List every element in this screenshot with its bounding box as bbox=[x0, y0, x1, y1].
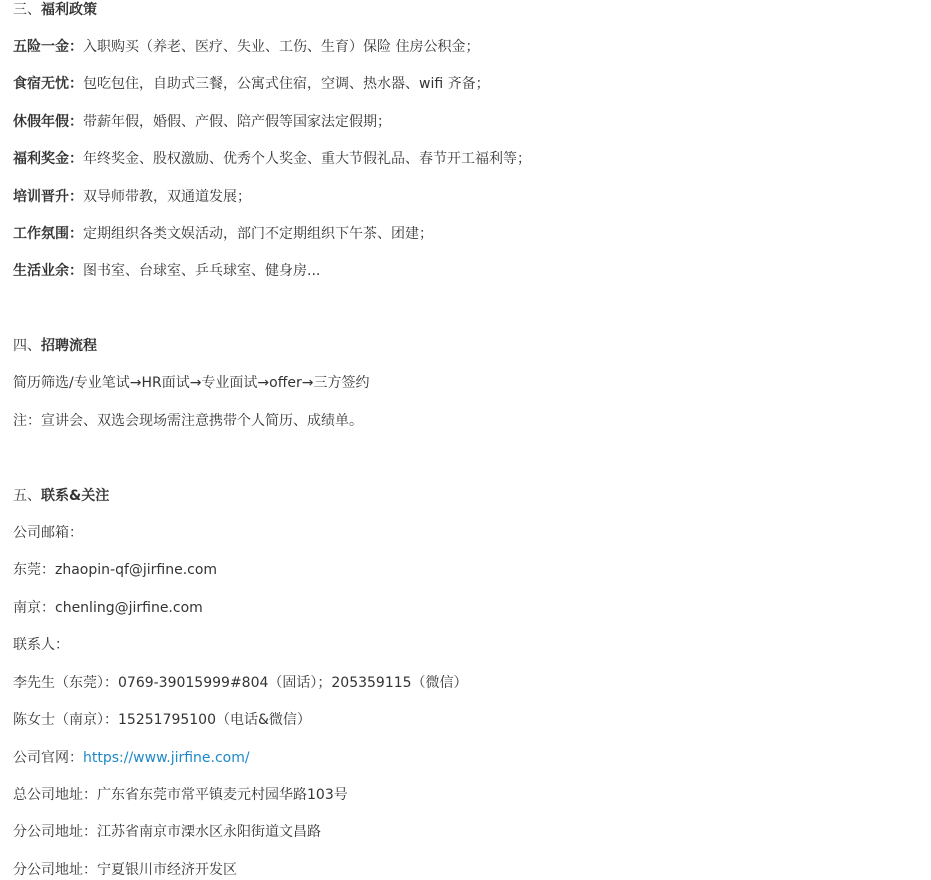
benefit-item: 五险一金：入职购买（养老、医疗、失业、工伤、生育）保险 住房公积金； bbox=[13, 37, 479, 57]
contact-person-li: 李先生（东莞）：0769-39015999#804（固话）；205359115（… bbox=[13, 673, 468, 693]
address-label: 分公司地址： bbox=[13, 824, 97, 840]
benefit-text: 定期组织各类文娱活动，部门不定期组织下午茶、团建； bbox=[83, 226, 433, 242]
address-value: 广东省东莞市常平镇麦元村园华路103号 bbox=[97, 787, 348, 803]
benefit-item: 生活业余：图书室、台球室、乒乓球室、健身房... bbox=[13, 261, 320, 281]
benefit-text: 双导师带教，双通道发展； bbox=[83, 189, 251, 205]
email-city: 东莞： bbox=[13, 562, 55, 578]
benefit-label: 五险一金： bbox=[13, 39, 83, 55]
benefit-label: 食宿无忧： bbox=[13, 76, 83, 92]
process-flow: 简历筛选/专业笔试→HR面试→专业面试→offer→三方签约 bbox=[13, 373, 369, 393]
heading-prefix: 五、 bbox=[13, 488, 41, 504]
heading-text: 福利政策 bbox=[41, 2, 97, 18]
benefit-item: 工作氛围：定期组织各类文娱活动，部门不定期组织下午茶、团建； bbox=[13, 224, 433, 244]
benefit-label: 休假年假： bbox=[13, 114, 83, 130]
email-address: zhaopin-qf@jirfine.com bbox=[55, 562, 217, 578]
section-heading-contact: 五、联系&关注 bbox=[13, 486, 109, 506]
email-city: 南京： bbox=[13, 600, 55, 616]
email-dongguan: 东莞：zhaopin-qf@jirfine.com bbox=[13, 560, 217, 580]
address-label: 分公司地址： bbox=[13, 862, 97, 878]
benefit-label: 工作氛围： bbox=[13, 226, 83, 242]
website-row: 公司官网：https://www.jirfine.com/ bbox=[13, 748, 250, 768]
heading-text: 联系&关注 bbox=[41, 488, 109, 504]
heading-prefix: 三、 bbox=[13, 2, 41, 18]
address-value: 宁夏银川市经济开发区 bbox=[97, 862, 237, 878]
benefit-text: 带薪年假，婚假、产假、陪产假等国家法定假期； bbox=[83, 114, 391, 130]
benefit-item: 福利奖金：年终奖金、股权激励、优秀个人奖金、重大节假礼品、春节开工福利等； bbox=[13, 149, 531, 169]
address-label: 总公司地址： bbox=[13, 787, 97, 803]
section-heading-process: 四、招聘流程 bbox=[13, 336, 97, 356]
benefit-text: 入职购买（养老、医疗、失业、工伤、生育）保险 住房公积金； bbox=[83, 39, 479, 55]
section-heading-benefits: 三、福利政策 bbox=[13, 0, 97, 20]
website-label: 公司官网： bbox=[13, 750, 83, 766]
heading-text: 招聘流程 bbox=[41, 338, 97, 354]
benefit-text: 图书室、台球室、乒乓球室、健身房... bbox=[83, 263, 320, 279]
benefit-label: 生活业余： bbox=[13, 263, 83, 279]
address-hq: 总公司地址：广东省东莞市常平镇麦元村园华路103号 bbox=[13, 785, 348, 805]
benefit-item: 培训晋升：双导师带教，双通道发展； bbox=[13, 187, 251, 207]
benefit-label: 培训晋升： bbox=[13, 189, 83, 205]
process-note: 注：宣讲会、双选会现场需注意携带个人简历、成绩单。 bbox=[13, 411, 363, 431]
benefit-label: 福利奖金： bbox=[13, 151, 83, 167]
benefit-item: 休假年假：带薪年假，婚假、产假、陪产假等国家法定假期； bbox=[13, 112, 391, 132]
address-branch-yinchuan: 分公司地址：宁夏银川市经济开发区 bbox=[13, 860, 237, 880]
email-address: chenling@jirfine.com bbox=[55, 600, 203, 616]
benefit-item: 食宿无忧：包吃包住，自助式三餐，公寓式住宿，空调、热水器、wifi 齐备； bbox=[13, 74, 490, 94]
contact-person-chen: 陈女士（南京）：15251795100（电话&微信） bbox=[13, 710, 311, 730]
email-nanjing: 南京：chenling@jirfine.com bbox=[13, 598, 203, 618]
email-label: 公司邮箱： bbox=[13, 523, 83, 543]
website-link[interactable]: https://www.jirfine.com/ bbox=[83, 750, 250, 766]
benefit-text: 包吃包住，自助式三餐，公寓式住宿，空调、热水器、wifi 齐备； bbox=[83, 76, 490, 92]
address-value: 江苏省南京市溧水区永阳街道文昌路 bbox=[97, 824, 321, 840]
address-branch-nanjing: 分公司地址：江苏省南京市溧水区永阳街道文昌路 bbox=[13, 822, 321, 842]
contacts-label: 联系人： bbox=[13, 635, 69, 655]
benefit-text: 年终奖金、股权激励、优秀个人奖金、重大节假礼品、春节开工福利等； bbox=[83, 151, 531, 167]
heading-prefix: 四、 bbox=[13, 338, 41, 354]
